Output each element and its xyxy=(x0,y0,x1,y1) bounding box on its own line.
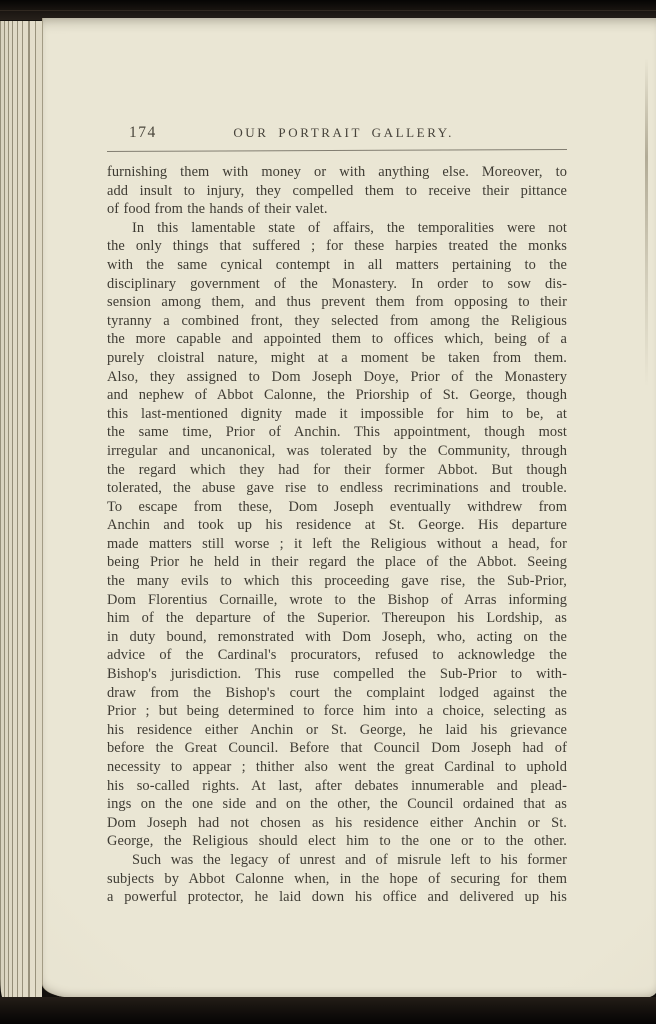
text-line: subjects by Abbot Calonne when, in the h… xyxy=(107,870,567,889)
text-line: the many evils to which this proceeding … xyxy=(107,572,567,591)
text-line: this last-mentioned dignity made it impo… xyxy=(107,405,567,424)
text-line: being Prior he held in their regard the … xyxy=(107,553,567,572)
text-line: the more capable and appointed them to o… xyxy=(107,330,567,349)
text-line: add insult to injury, they compelled the… xyxy=(107,182,567,201)
text-line: sension among them, and thus prevent the… xyxy=(107,293,567,312)
text-line: Such was the legacy of unrest and of mis… xyxy=(107,851,567,870)
text-line: Also, they assigned to Dom Joseph Doye, … xyxy=(107,368,567,387)
text-line: of food from the hands of their valet. xyxy=(107,200,567,219)
text-line: Prior ; but being determined to force hi… xyxy=(107,702,567,721)
text-line: his so-called rights. At last, after deb… xyxy=(107,777,567,796)
text-line: tolerated, the abuse gave rise to endles… xyxy=(107,479,567,498)
page-content: 174 OUR PORTRAIT GALLERY. furnishing the… xyxy=(107,18,567,907)
text-line: necessity to appear ; thither also went … xyxy=(107,758,567,777)
text-line: the only things that suffered ; for thes… xyxy=(107,237,567,256)
text-line: furnishing them with money or with anyth… xyxy=(107,163,567,182)
text-line: the same time, Prior of Anchin. This app… xyxy=(107,423,567,442)
page-crease xyxy=(645,58,648,388)
text-line: advice of the Cardinal's procurators, re… xyxy=(107,646,567,665)
text-line: disciplinary government of the Monastery… xyxy=(107,275,567,294)
text-line: a powerful protector, he laid down his o… xyxy=(107,888,567,907)
page-header: 174 OUR PORTRAIT GALLERY. xyxy=(107,124,567,142)
text-line: him of the departure of the Superior. Th… xyxy=(107,609,567,628)
text-line: the regard which they had for their form… xyxy=(107,461,567,480)
scanner-backdrop-bottom xyxy=(0,997,656,1024)
text-line: In this lamentable state of affairs, the… xyxy=(107,219,567,238)
text-line: George, the Religious should elect him t… xyxy=(107,832,567,851)
text-line: Bishop's jurisdiction. This ruse compell… xyxy=(107,665,567,684)
text-line: Dom Florentius Cornaille, wrote to the B… xyxy=(107,591,567,610)
running-title: OUR PORTRAIT GALLERY. xyxy=(233,125,454,141)
binding-seam xyxy=(0,10,656,11)
text-line: with the same cynical contempt in all ma… xyxy=(107,256,567,275)
text-line: purely cloistral nature, might at a mome… xyxy=(107,349,567,368)
text-line: irregular and uncanonical, was tolerated… xyxy=(107,442,567,461)
text-line: and nephew of Abbot Calonne, the Priorsh… xyxy=(107,386,567,405)
text-line: made matters still worse ; it left the R… xyxy=(107,535,567,554)
text-line: his residence either Anchin or St. Georg… xyxy=(107,721,567,740)
text-line: ings on the one side and on the other, t… xyxy=(107,795,567,814)
page-body: furnishing them with money or with anyth… xyxy=(107,163,567,907)
page-edge-stack xyxy=(0,21,42,1009)
text-line: Anchin and took up his residence at St. … xyxy=(107,516,567,535)
page-number: 174 xyxy=(129,124,157,142)
text-line: Dom Joseph had not chosen as his residen… xyxy=(107,814,567,833)
text-line: draw from the Bishop's court the complai… xyxy=(107,684,567,703)
book-page: 174 OUR PORTRAIT GALLERY. furnishing the… xyxy=(42,18,656,998)
text-line: before the Great Council. Before that Co… xyxy=(107,739,567,758)
scanner-backdrop-top xyxy=(0,0,656,20)
text-line: in duty bound, remonstrated with Dom Jos… xyxy=(107,628,567,647)
text-line: tyranny a combined front, they selected … xyxy=(107,312,567,331)
header-rule xyxy=(107,149,567,152)
text-line: To escape from these, Dom Joseph eventua… xyxy=(107,498,567,517)
